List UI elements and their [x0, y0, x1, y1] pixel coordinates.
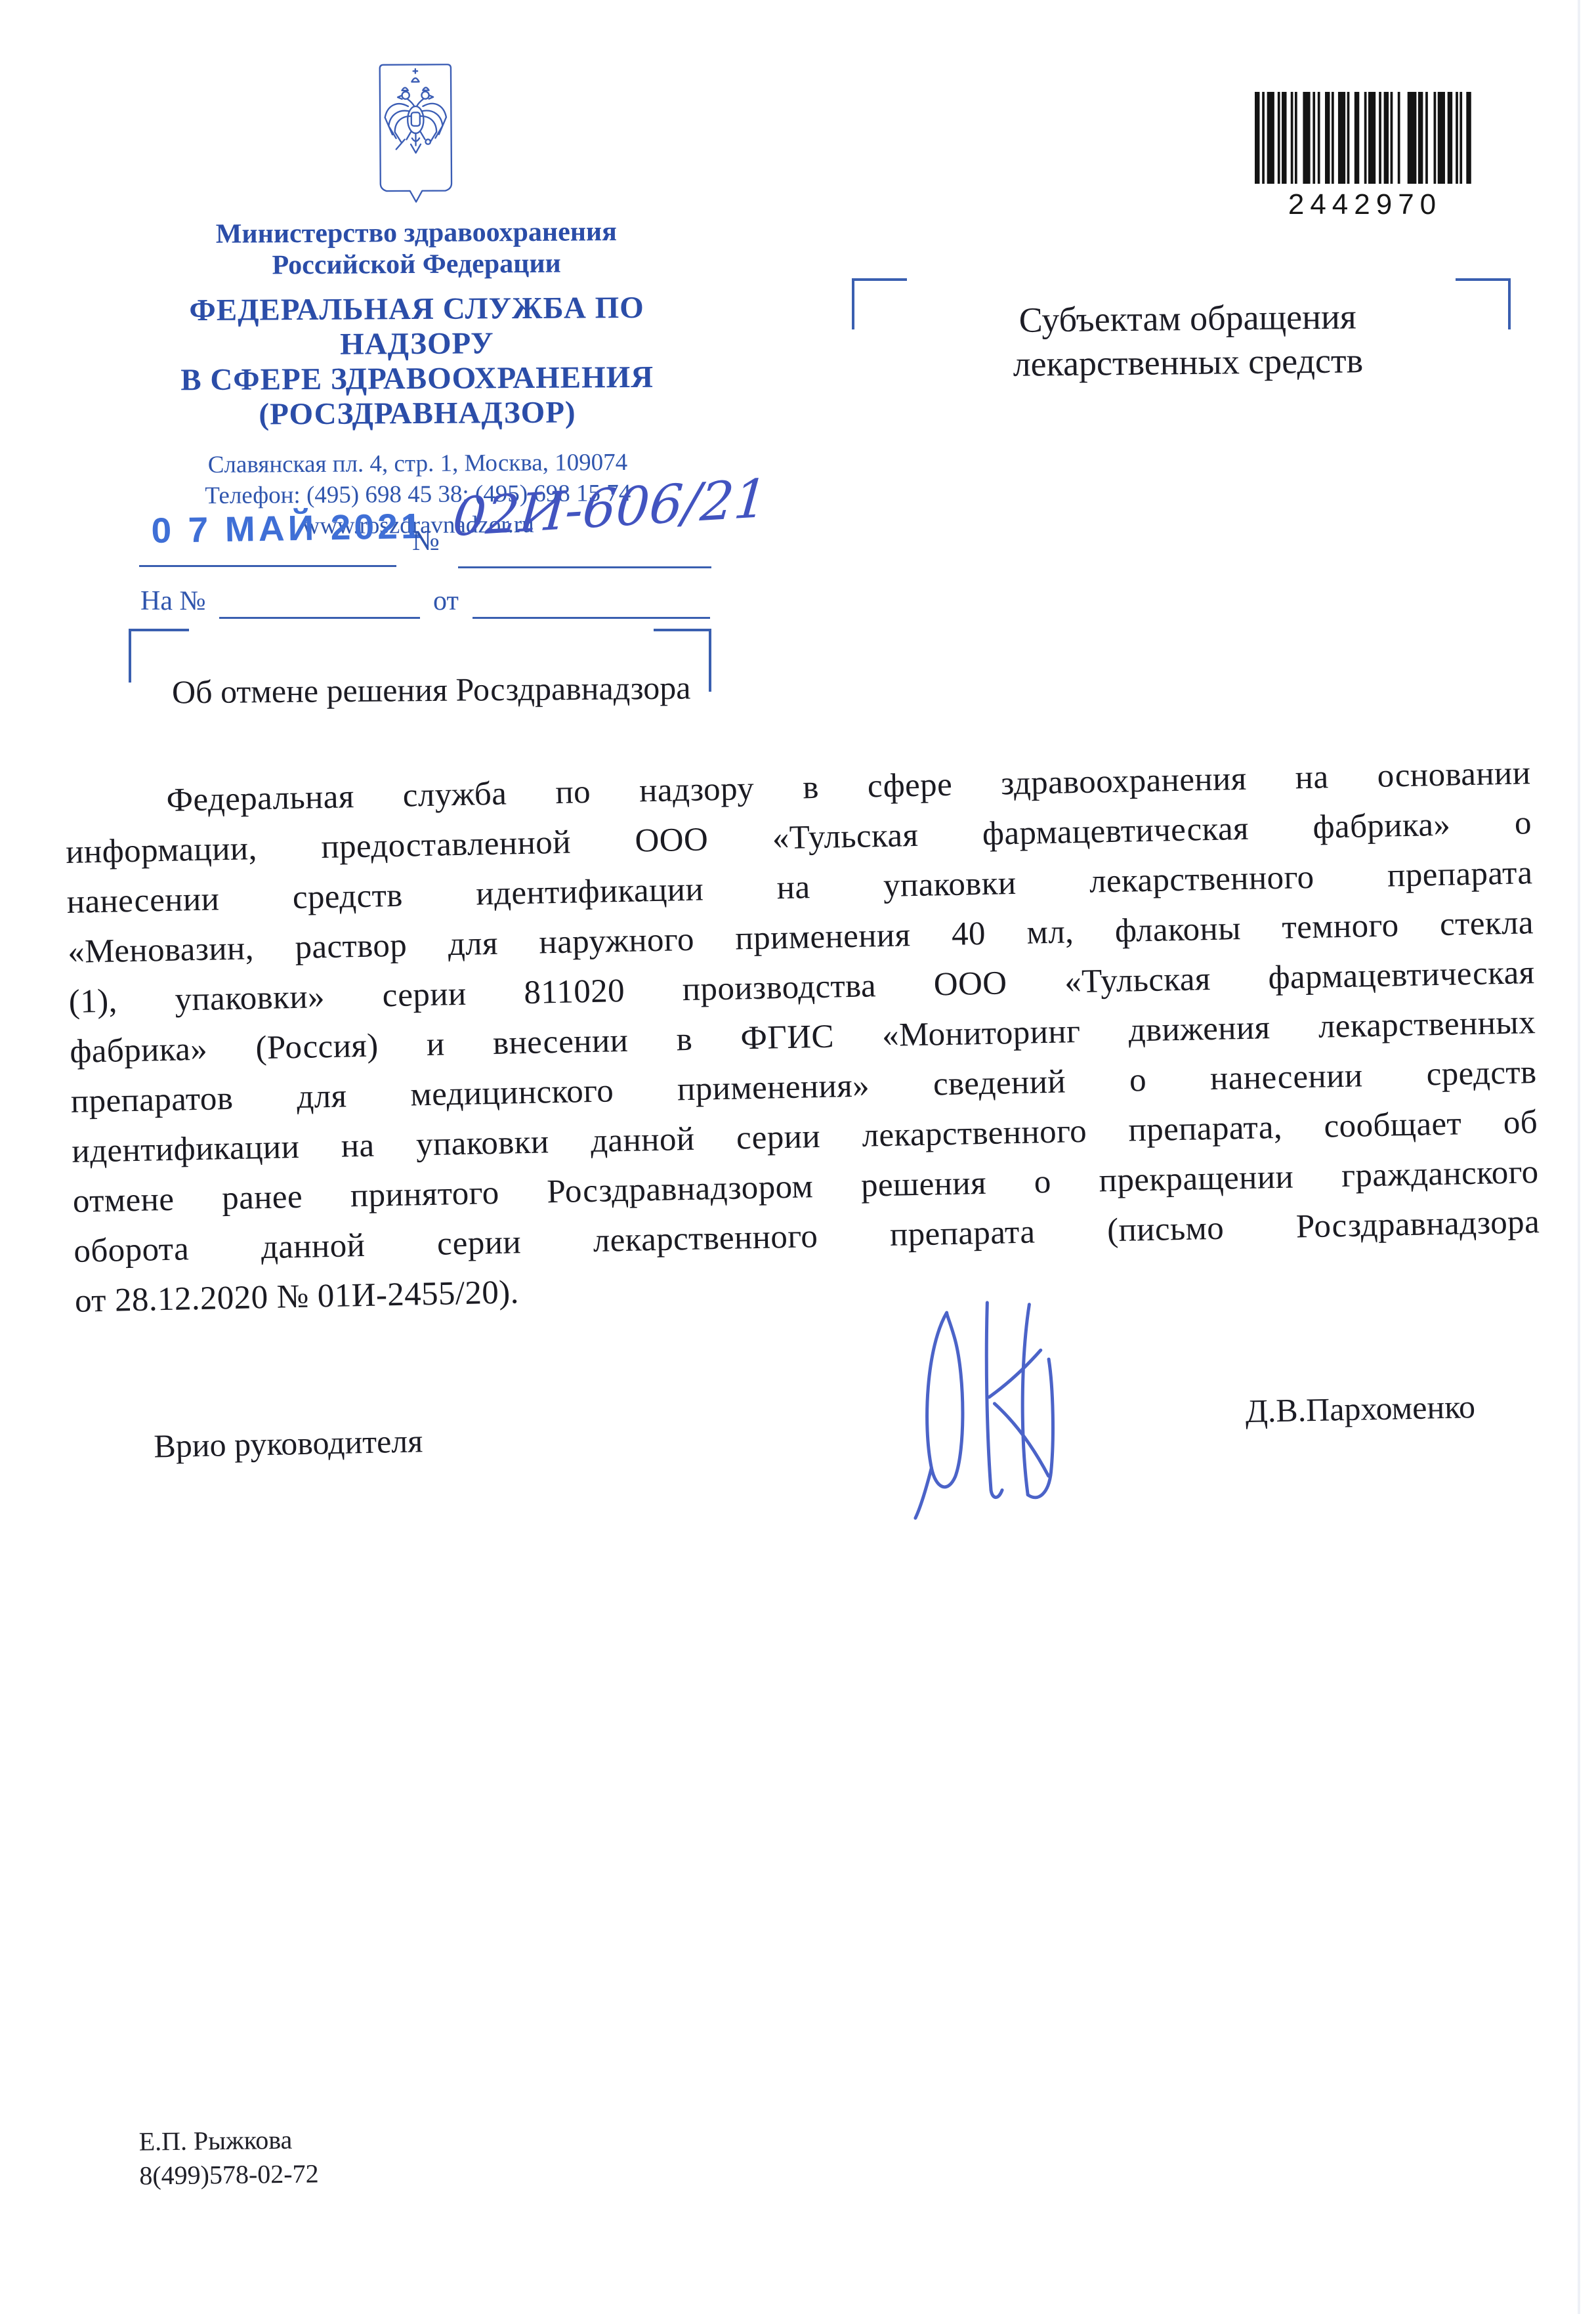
- recipient-block: Субъектам обращения лекарственных средст…: [918, 294, 1457, 388]
- scan-edge-artifact: [1578, 0, 1580, 2314]
- number-sign: №: [412, 524, 440, 557]
- ministry-name-line1: Министерство здравоохранения: [124, 215, 708, 250]
- federal-service-line2: В СФЕРЕ ЗДРАВООХРАНЕНИЯ: [125, 360, 709, 398]
- reply-number-label: На №: [140, 585, 206, 617]
- recipient-corner-mark-right: [1456, 278, 1511, 329]
- date-stamp: 0 7 МАЙ 2021: [151, 506, 425, 551]
- barcode-number: 2442970: [1255, 188, 1475, 221]
- recipient-corner-mark-left: [852, 278, 907, 329]
- org-address: Славянская пл. 4, стр. 1, Москва, 109074: [125, 446, 709, 480]
- reply-date-blank-line: [472, 617, 710, 619]
- ministry-name-line2: Российской Федерации: [125, 247, 709, 282]
- executor-name: Е.П. Рыжкова: [138, 2122, 318, 2158]
- barcode: 2442970: [1255, 92, 1475, 221]
- signatory-name: Д.В.Пархоменко: [1245, 1387, 1475, 1430]
- subject-line: Об отмене решения Росздравнадзора: [172, 669, 691, 711]
- recipient-line1: Субъектам обращения: [918, 294, 1457, 344]
- reply-number-blank-line: [219, 617, 420, 619]
- scanned-letter-page: Министерство здравоохранения Российской …: [0, 0, 1596, 2314]
- signatory-position: Врио руководителя: [154, 1421, 423, 1465]
- letter-body: Федеральная служба по надзору в сфере зд…: [64, 748, 1549, 1710]
- recipient-line2: лекарственных средств: [919, 338, 1458, 388]
- date-underline: [139, 565, 396, 567]
- executor-block: Е.П. Рыжкова 8(499)578-02-72: [138, 2122, 319, 2193]
- number-underline: [458, 566, 711, 568]
- coat-of-arms-icon: [379, 62, 453, 206]
- barcode-icon: [1255, 92, 1475, 184]
- federal-service-line1: ФЕДЕРАЛЬНАЯ СЛУЖБА ПО НАДЗОРУ: [125, 290, 709, 363]
- executor-phone: 8(499)578-02-72: [139, 2156, 319, 2193]
- signature-ink-scribble: [889, 1295, 1090, 1529]
- letterhead: Министерство здравоохранения Российской …: [123, 60, 710, 542]
- reply-date-label: от: [433, 585, 459, 617]
- federal-service-line3: (РОСЗДРАВНАДЗОР): [125, 394, 709, 432]
